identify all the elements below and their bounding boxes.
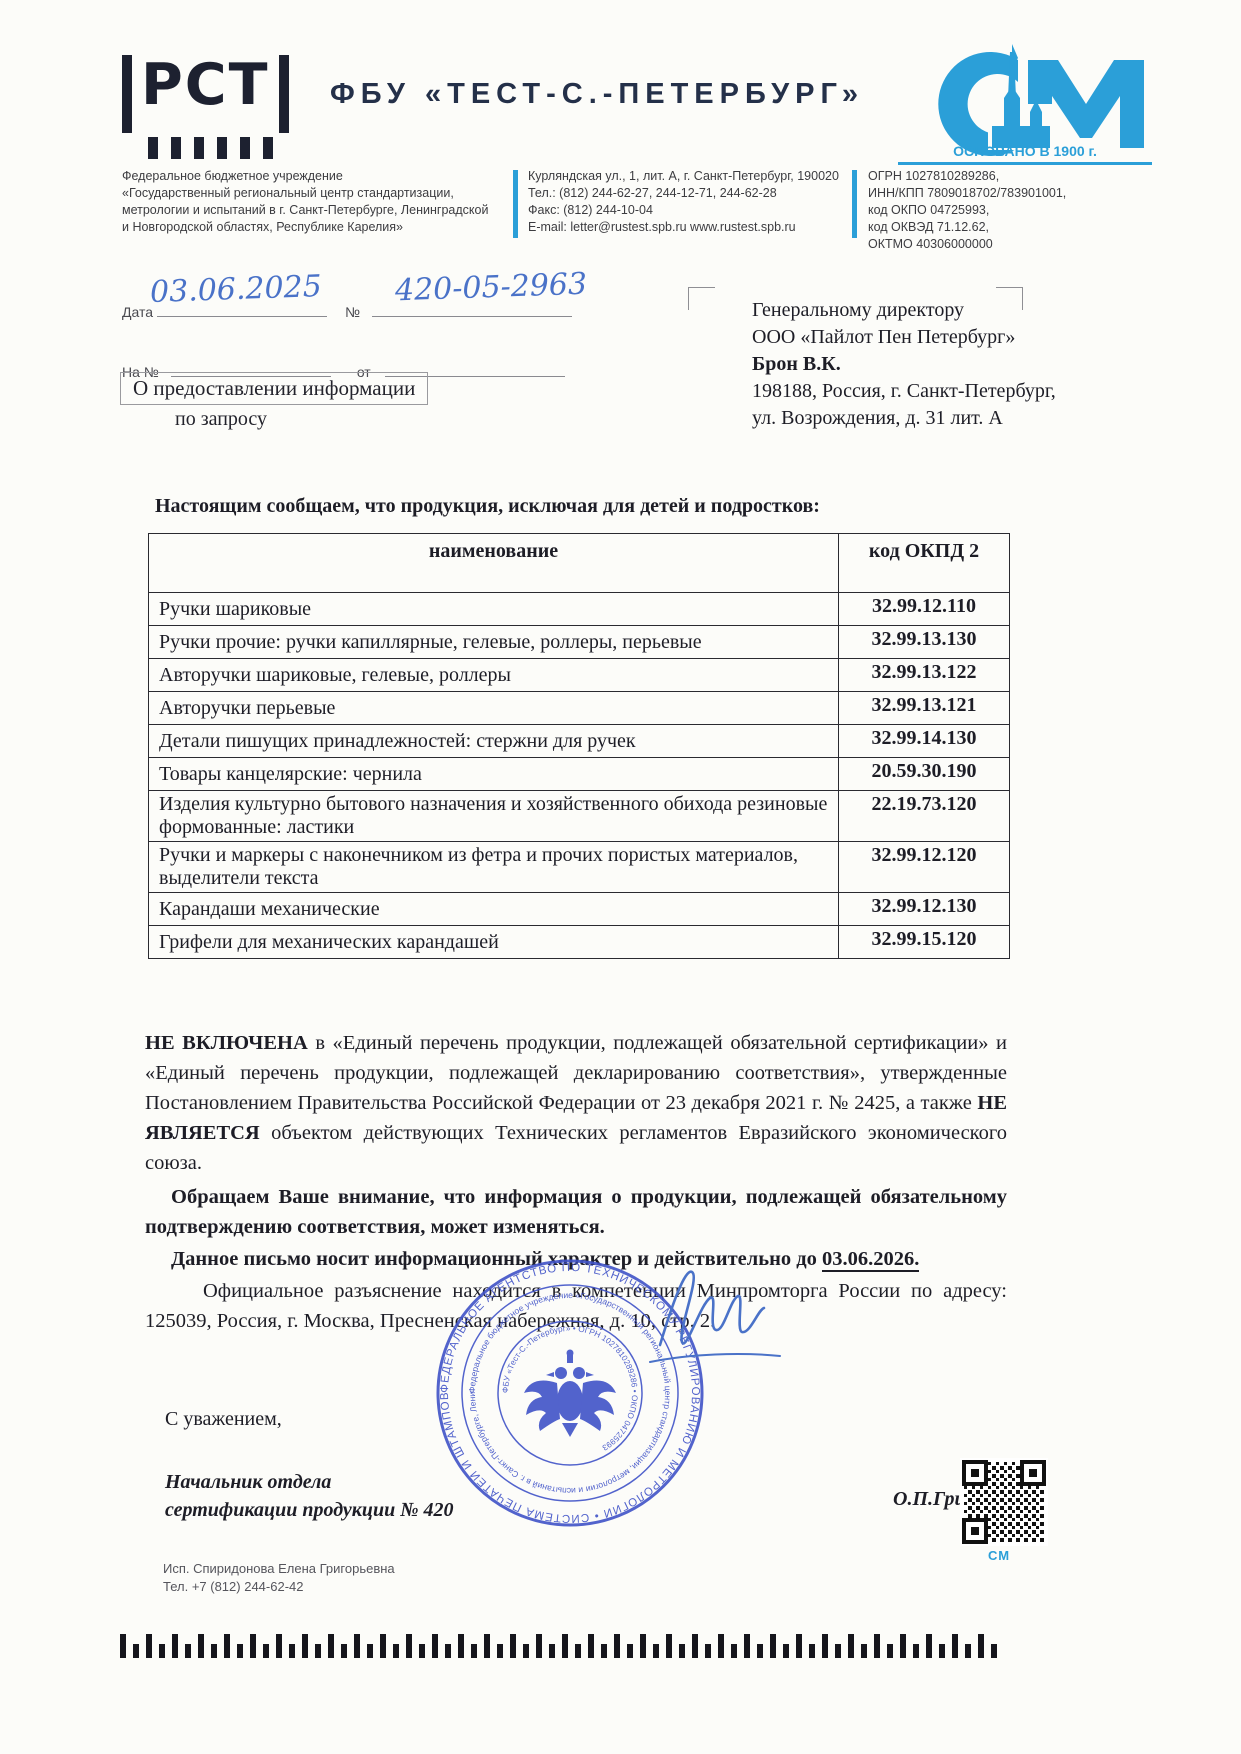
product-code: 32.99.12.120 (839, 842, 1010, 893)
table-row: Детали пишущих принадлежностей: стержни … (149, 725, 1010, 758)
org-info-line: и Новгородской областях, Республике Каре… (122, 219, 514, 236)
table-row: Ручки шариковые32.99.12.110 (149, 593, 1010, 626)
table-row: Авторучки перьевые32.99.13.121 (149, 692, 1010, 725)
eagle-emblem (524, 1350, 616, 1438)
validity-date: 03.06.2026. (822, 1248, 919, 1272)
col-header-name: наименование (149, 534, 839, 593)
product-name: Ручки и маркеры с наконечником из фетра … (149, 842, 839, 893)
recipient-name: Брон В.К. (752, 351, 1082, 378)
closing-phrase: С уважением, (165, 1408, 282, 1431)
founded-underline (898, 162, 1152, 165)
registry-line: ИНН/КПП 7809018702/783901001, (868, 185, 1068, 202)
product-code: 32.99.12.110 (839, 593, 1010, 626)
product-name: Авторучки перьевые (149, 692, 839, 725)
handwritten-number: 420-05-2963 (394, 267, 587, 309)
recipient-address-line: 198188, Россия, г. Санкт-Петербург, (752, 378, 1082, 405)
divider (852, 170, 857, 238)
recipient-block: Генеральному директору ООО «Пайлот Пен П… (752, 297, 1082, 432)
product-code: 32.99.15.120 (839, 926, 1010, 959)
handwritten-signature (630, 1250, 800, 1380)
product-name: Товары канцелярские: чернила (149, 758, 839, 791)
paragraph-attention: Обращаем Ваше внимание, что информация о… (145, 1182, 1007, 1242)
intro-sentence: Настоящим сообщаем, что продукция, исклю… (155, 495, 1015, 518)
contact-line: Факс: (812) 244-10-04 (528, 202, 843, 219)
product-code: 22.19.73.120 (839, 791, 1010, 842)
product-code: 32.99.13.122 (839, 659, 1010, 692)
date-label: Дата (122, 304, 153, 320)
org-info-line: метрологии и испытаний в г. Санкт-Петерб… (122, 202, 514, 219)
org-info-line: Федеральное бюджетное учреждение (122, 168, 514, 185)
table-row: Ручки прочие: ручки капиллярные, гелевые… (149, 626, 1010, 659)
product-code: 32.99.13.121 (839, 692, 1010, 725)
rst-logo-bar (279, 55, 289, 133)
qr-cm-logo: СМ (988, 1548, 1010, 1563)
registry-line: ОГРН 1027810289286, (868, 168, 1068, 185)
subject-line1: О предоставлении информации (120, 372, 428, 405)
number-label: № (345, 304, 360, 320)
product-code: 32.99.13.130 (839, 626, 1010, 659)
founded-text: ОСНОВАНО В 1900 г. (898, 143, 1152, 159)
product-code: 20.59.30.190 (839, 758, 1010, 791)
org-info-line: «Государственный региональный центр стан… (122, 185, 514, 202)
product-code: 32.99.12.130 (839, 893, 1010, 926)
contact-info-block: Курляндская ул., 1, лит. А, г. Санкт-Пет… (528, 168, 843, 236)
handwritten-date: 03.06.2025 (149, 269, 322, 310)
signer-position: Начальник отдела сертификации продукции … (165, 1468, 454, 1524)
recipient-address-line: ул. Возрождения, д. 31 лит. А (752, 405, 1082, 432)
recipient-line: Генеральному директору (752, 297, 1082, 324)
table-row: Ручки и маркеры с наконечником из фетра … (149, 842, 1010, 893)
subject-line2: по запросу (175, 408, 267, 431)
contact-line: Тел.: (812) 244-62-27, 244-12-71, 244-62… (528, 185, 843, 202)
col-header-code: код ОКПД 2 (839, 534, 1010, 593)
product-table: наименование код ОКПД 2 Ручки шариковые3… (148, 533, 1010, 959)
rst-logo-text: РСТ (141, 57, 270, 113)
registry-line: ОКТМО 40306000000 (868, 236, 1068, 253)
registry-line: код ОКВЭД 71.12.62, (868, 219, 1068, 236)
contact-line: E-mail: letter@rustest.spb.ru www.rustes… (528, 219, 843, 236)
table-row: Товары канцелярские: чернила20.59.30.190 (149, 758, 1010, 791)
divider (513, 170, 518, 238)
executor-info: Исп. Спиридонова Елена Григорьевна Тел. … (163, 1560, 395, 1596)
table-row: Грифели для механических карандашей32.99… (149, 926, 1010, 959)
registry-line: код ОКПО 04725993, (868, 202, 1068, 219)
product-name: Авторучки шариковые, гелевые, роллеры (149, 659, 839, 692)
table-row: Авторучки шариковые, гелевые, роллеры32.… (149, 659, 1010, 692)
address-corner-mark (688, 287, 715, 310)
qr-code (960, 1458, 1048, 1546)
org-title: ФБУ «ТЕСТ-С.-ПЕТЕРБУРГ» (330, 78, 890, 111)
product-name: Изделия культурно бытового назначения и … (149, 791, 839, 842)
product-name: Детали пишущих принадлежностей: стержни … (149, 725, 839, 758)
rst-logo-ticks (148, 137, 312, 159)
contact-line: Курляндская ул., 1, лит. А, г. Санкт-Пет… (528, 168, 843, 185)
recipient-line: ООО «Пайлот Пен Петербург» (752, 324, 1082, 351)
letter-page: РСТ ФБУ «ТЕСТ-С.-ПЕТЕРБУРГ» ОСНОВАНО В 1… (0, 0, 1241, 1754)
product-name: Карандаши механические (149, 893, 839, 926)
rst-logo: РСТ (122, 55, 312, 147)
product-code: 32.99.14.130 (839, 725, 1010, 758)
bold-phrase: НЕ ВКЛЮЧЕНА (145, 1032, 308, 1054)
product-name: Ручки шариковые (149, 593, 839, 626)
product-name: Грифели для механических карандашей (149, 926, 839, 959)
bottom-registration-marks (120, 1632, 1000, 1658)
org-info-block: Федеральное бюджетное учреждение «Госуда… (122, 168, 514, 236)
paragraph-not-included: НЕ ВКЛЮЧЕНА в «Единый перечень продукции… (145, 1028, 1007, 1178)
table-row: Карандаши механические32.99.12.130 (149, 893, 1010, 926)
rst-logo-bar (122, 55, 132, 133)
product-name: Ручки прочие: ручки капиллярные, гелевые… (149, 626, 839, 659)
table-row: Изделия культурно бытового назначения и … (149, 791, 1010, 842)
registry-info-block: ОГРН 1027810289286, ИНН/КПП 7809018702/7… (868, 168, 1068, 253)
